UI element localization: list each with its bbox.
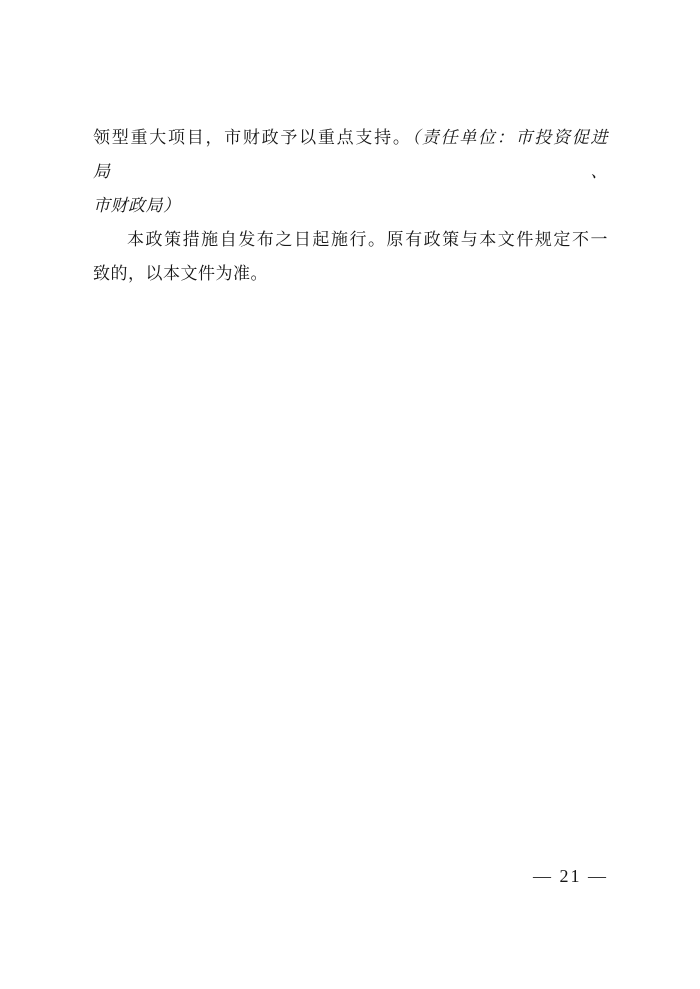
document-page: 领型重大项目，市财政予以重点支持。（责任单位：市投资促进局、 市财政局） 本政策…	[0, 0, 700, 989]
responsible-unit-annotation-continued: 市财政局）	[93, 196, 181, 215]
paragraph-2-line-1: 本政策措施自发布之日起施行。原有政策与本文件规定不一	[93, 223, 608, 257]
paragraph-2-text-continued: 致的，以本文件为准。	[93, 264, 268, 283]
paragraph-2-line-2: 致的，以本文件为准。	[93, 257, 608, 291]
paragraph-1-body-text: 领型重大项目，市财政予以重点支持。	[93, 128, 412, 147]
document-body: 领型重大项目，市财政予以重点支持。（责任单位：市投资促进局、 市财政局） 本政策…	[93, 121, 608, 291]
paragraph-1-line-2: 市财政局）	[93, 189, 608, 223]
paragraph-1-line-1: 领型重大项目，市财政予以重点支持。（责任单位：市投资促进局、	[93, 121, 608, 189]
page-number: — 21 —	[533, 866, 608, 887]
paragraph-2-text: 本政策措施自发布之日起施行。原有政策与本文件规定不一	[127, 230, 608, 249]
